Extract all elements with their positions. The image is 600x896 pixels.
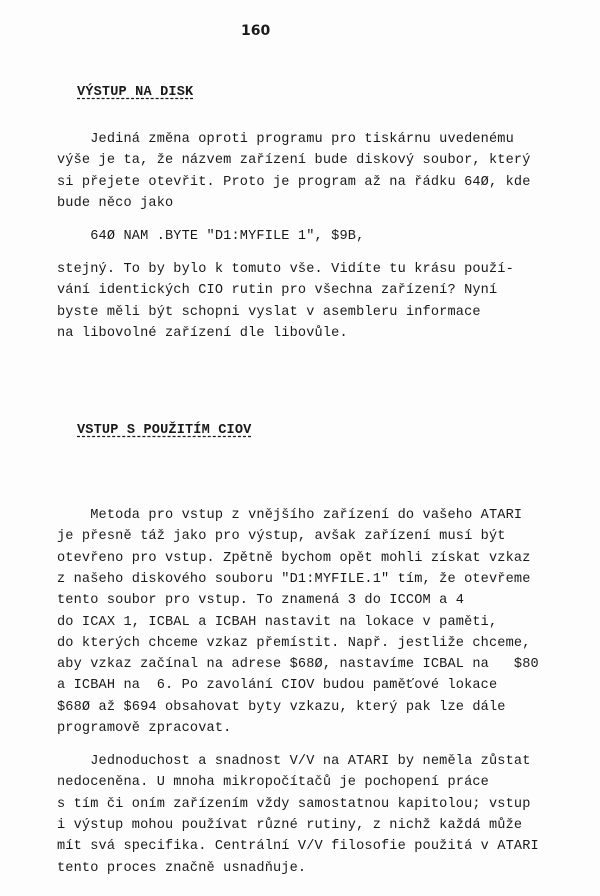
section-heading-ciov-input: VSTUP S POUŽITÍM CIOV [77,423,251,438]
page-number: 160 [241,23,270,39]
text-line: tento soubor pro vstup. To znamená 3 do … [57,593,464,608]
text-line: tento proces značně usnadňuje. [57,861,306,876]
text-line: programově zpracovat. [57,721,231,736]
text-line: bude něco jako [57,196,173,211]
text-line: a ICBAH na 6. Po zavolání CIOV budou pam… [57,678,497,693]
text-line: s tím či oním zařízením vždy samostatnou… [57,797,531,812]
text-line: do kterých chceme vzkaz přemístit. Např.… [57,636,531,651]
text-line: do ICAX 1, ICBAL a ICBAH nastavit na lok… [57,615,497,630]
text-line: Metoda pro vstup z vnějšího zařízení do … [57,508,522,523]
text-line: stejný. To by bylo k tomuto vše. Vidíte … [57,262,514,277]
text-line: byste měli být schopni vyslat v asembler… [57,305,481,320]
text-line: z našeho diskového souboru "D1:MYFILE.1"… [57,572,531,587]
text-line: na libovolné zařízení dle libovůle. [57,326,348,341]
text-line: i výstup mohou používat různé rutiny, z … [57,818,522,833]
text-line: $68Ø až $694 obsahovat byty vzkazu, kter… [57,700,506,715]
text-line: si přejete otevřit. Proto je program až … [57,175,531,190]
text-line: výše je ta, že názvem zařízení bude disk… [57,153,531,168]
section-heading-disk-output: VÝSTUP NA DISK [77,85,193,100]
text-line: je přesně táž jako pro výstup, avšak zař… [57,529,506,544]
text-line: Jednoduchost a snadnost V/V na ATARI by … [57,754,531,769]
text-line: Jediná změna oproti programu pro tiskárn… [57,132,514,147]
text-line: 64Ø NAM .BYTE "D1:MYFILE 1", $9B, [57,229,364,244]
text-line: nedoceněna. U mnoha mikropočítačů je poc… [57,775,489,790]
document-page: 160 VÝSTUP NA DISK Jediná změna oproti p… [0,0,600,896]
text-line: otevřeno pro vstup. Zpětně bychom opět m… [57,551,531,566]
text-line: vání identických CIO rutin pro všechna z… [57,283,497,298]
text-line: aby vzkaz začínal na adrese $68Ø, nastav… [57,657,539,672]
text-line: mít svá specifika. Centrální V/V filosof… [57,839,539,854]
